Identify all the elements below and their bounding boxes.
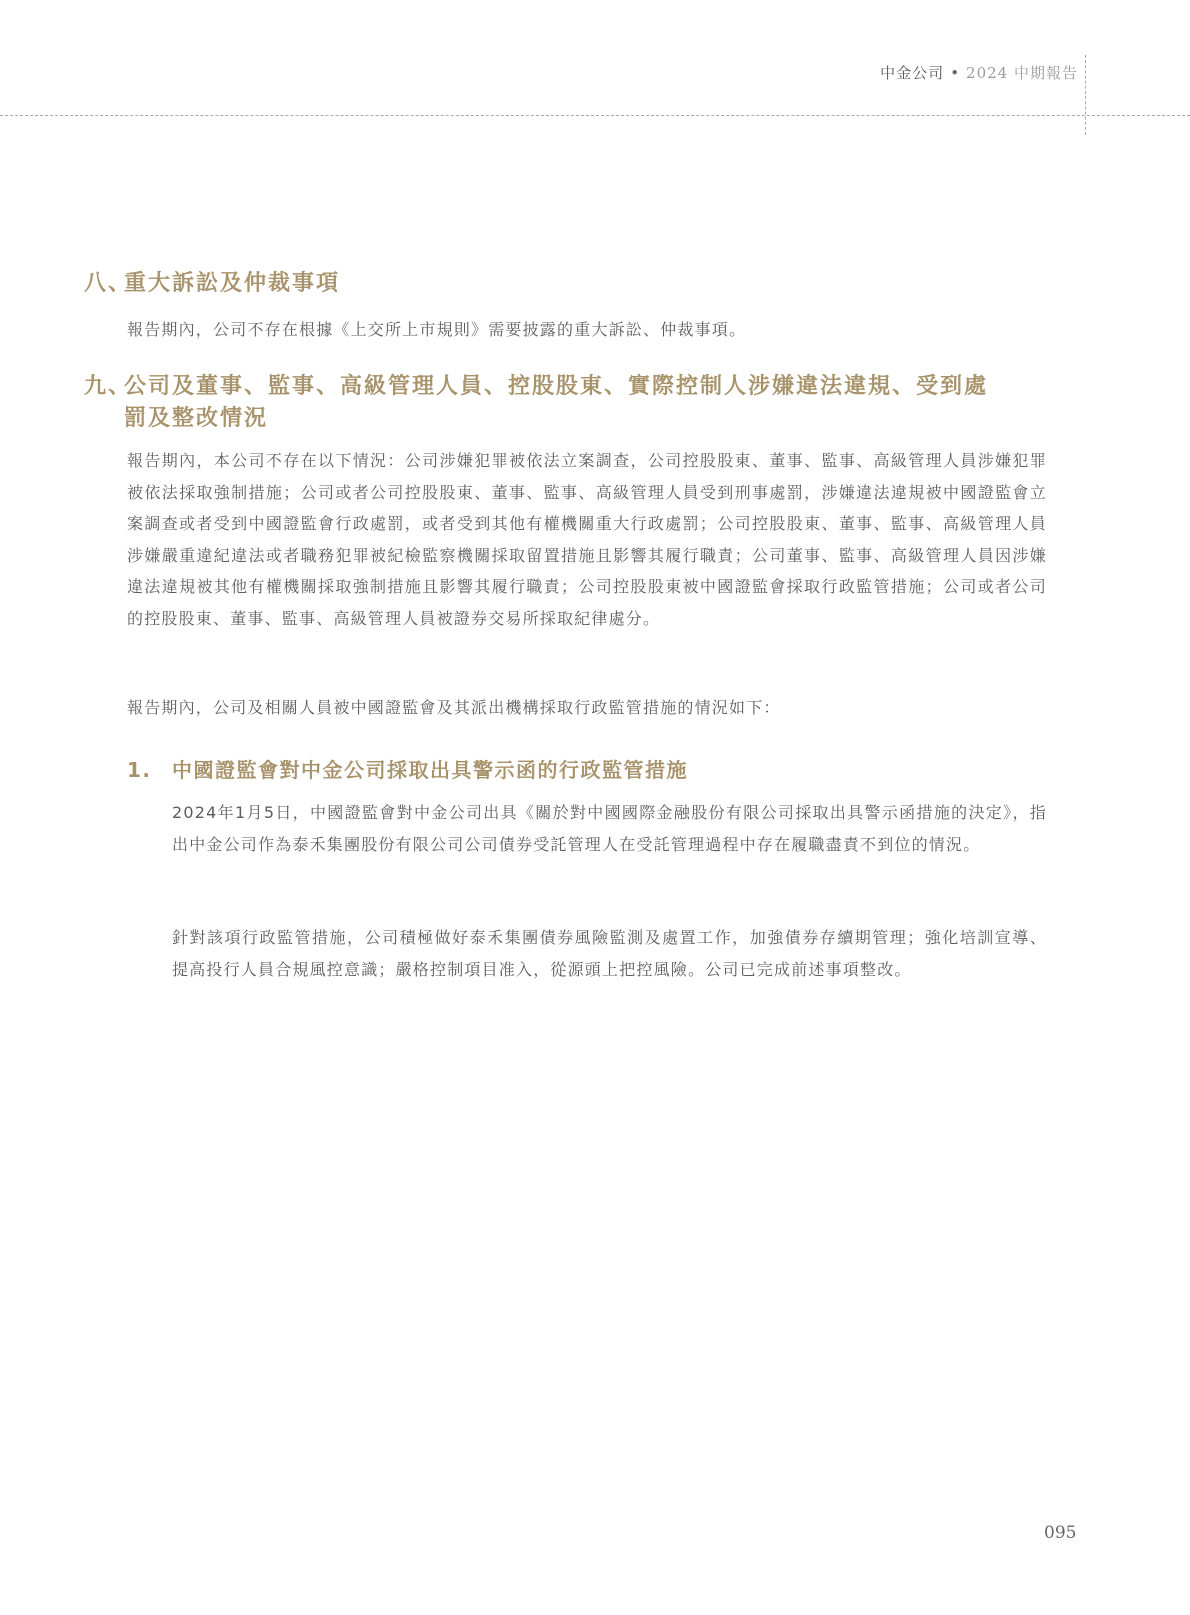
section-9-paragraph-2: 報告期內，公司及相關人員被中國證監會及其派出機構採取行政監管措施的情況如下： [127,692,1047,724]
section-9-paragraph-1: 報告期內，本公司不存在以下情況：公司涉嫌犯罪被依法立案調查，公司控股股東、董事、… [127,445,1047,634]
running-header: 中金公司•2024 中期報告 [880,62,1078,83]
section-heading-8: 八、重大訴訟及仲裁事項 [84,268,340,300]
section-title: 重大訴訟及仲裁事項 [124,271,340,296]
header-separator-dot: • [950,64,960,82]
section-title-line1: 公司及董事、監事、高級管理人員、控股股東、實際控制人涉嫌違法違規、受到處 [124,374,988,399]
subsection-heading-1: 1.中國證監會對中金公司採取出具警示函的行政監管措施 [127,755,688,785]
subsection-1-paragraph-2: 針對該項行政監管措施，公司積極做好泰禾集團債券風險監測及處置工作，加強債券存續期… [172,922,1047,985]
subsection-1-paragraph-1: 2024年1月5日，中國證監會對中金公司出具《關於對中國國際金融股份有限公司採取… [172,797,1047,860]
page-number: 095 [1044,1523,1076,1543]
section-8-paragraph: 報告期內，公司不存在根據《上交所上市規則》需要披露的重大訴訟、仲裁事項。 [127,314,1047,346]
section-title-line2: 罰及整改情況 [84,403,1054,435]
section-number: 八、 [84,268,124,300]
header-dashed-rule [0,115,1190,116]
subsection-number: 1. [127,755,172,785]
header-dashed-vertical-rule [1085,55,1086,135]
subsection-title: 中國證監會對中金公司採取出具警示函的行政監管措施 [172,758,688,782]
section-heading-9: 九、公司及董事、監事、高級管理人員、控股股東、實際控制人涉嫌違法違規、受到處 罰… [84,371,1054,435]
header-report-title: 2024 中期報告 [966,64,1078,82]
section-number: 九、 [84,371,124,403]
header-company: 中金公司 [880,64,944,82]
